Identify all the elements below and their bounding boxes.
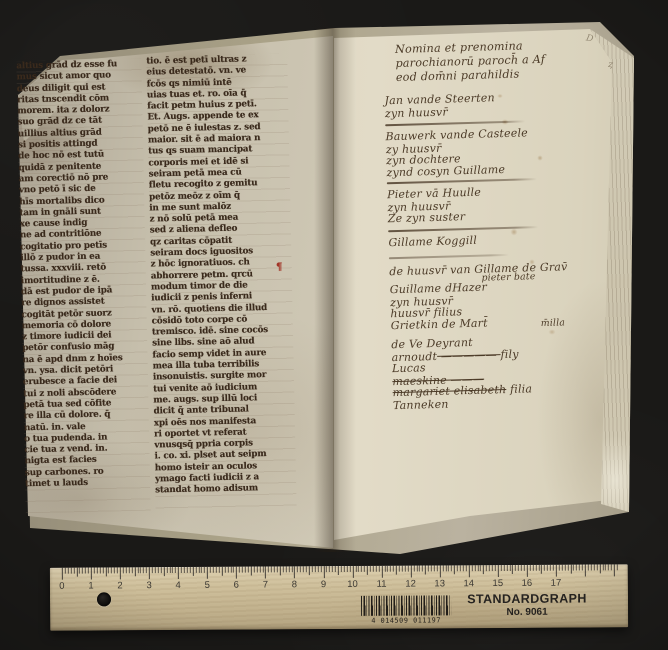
ruler-tick <box>355 566 356 572</box>
ruler-tick <box>216 567 217 573</box>
ruler-tick <box>521 565 522 571</box>
ruler-tick <box>120 567 121 579</box>
ruler-tick <box>184 567 185 573</box>
ruler-tick <box>271 566 272 572</box>
ruler-tick <box>300 566 301 572</box>
ruler-tick <box>294 566 295 578</box>
ruler-tick <box>413 566 414 572</box>
ruler-number: 7 <box>263 579 268 590</box>
ruler-tick <box>291 566 292 572</box>
ruler-tick <box>533 565 534 571</box>
ruler-tick <box>588 564 589 570</box>
ruler-number: 3 <box>146 580 151 591</box>
ruler-tick <box>164 567 165 576</box>
ruler-tick <box>347 566 348 572</box>
ruler-tick <box>306 566 307 572</box>
right-page-writing: Nomina et prenominaparochianorū paroch̄ … <box>383 37 625 412</box>
ruler-tick <box>501 565 502 571</box>
ruler-tick <box>527 565 528 577</box>
ruler-tick <box>492 565 493 571</box>
ruler-tick <box>114 567 115 573</box>
ruler-tick <box>524 565 525 571</box>
ruler-tick <box>419 566 420 572</box>
ruler-brand-block: STANDARDGRAPH No. 9061 <box>442 591 612 618</box>
ruler-tick <box>550 565 551 571</box>
ruler-tick <box>611 564 612 570</box>
ruler-tick <box>506 565 507 571</box>
ruler-tick <box>242 567 243 573</box>
ruler-number: 17 <box>551 578 562 589</box>
ruler-tick <box>352 566 353 578</box>
ruler-scale: 01234567891011121314151617 <box>50 564 628 568</box>
ruler-tick <box>207 567 208 579</box>
ruler-tick <box>379 566 380 572</box>
ruler-tick <box>576 565 577 571</box>
ruler-tick <box>411 566 412 578</box>
ruler-tick <box>602 564 603 570</box>
ruler: 01234567891011121314151617 4 014509 0111… <box>50 564 628 631</box>
ruler-tick <box>256 566 257 572</box>
red-paraph-mark: ¶ <box>276 262 282 273</box>
ruler-tick <box>466 565 467 571</box>
ruler-tick <box>495 565 496 571</box>
ruler-tick <box>367 566 368 575</box>
ruler-tick <box>123 567 124 573</box>
ruler-tick <box>129 567 130 573</box>
ruler-tick <box>408 566 409 572</box>
name-text: zynd cosyn Guillame <box>386 163 505 179</box>
ruler-tick <box>486 565 487 571</box>
ruler-tick <box>585 564 586 576</box>
ruler-number: 13 <box>434 578 445 589</box>
ruler-tick <box>460 565 461 571</box>
ruler-tick <box>248 567 249 573</box>
ruler-tick <box>454 565 455 574</box>
ruler-tick <box>396 566 397 575</box>
ruler-tick <box>134 567 135 576</box>
ruler-tick <box>172 567 173 573</box>
ruler-tick <box>143 567 144 573</box>
ruler-tick <box>504 565 505 571</box>
ruler-tick <box>573 565 574 571</box>
ink-rule <box>385 120 525 126</box>
ruler-tick <box>259 566 260 572</box>
ruler-tick <box>431 565 432 571</box>
ruler-tick <box>195 567 196 573</box>
ruler-tick <box>617 564 618 570</box>
ruler-number: 16 <box>522 578 533 589</box>
ruler-tick <box>245 567 246 573</box>
ruler-tick <box>582 565 583 571</box>
ruler-number: 6 <box>234 580 239 591</box>
ruler-tick <box>175 567 176 573</box>
ruler-tick <box>94 567 95 573</box>
ruler-tick <box>283 566 284 572</box>
ruler-tick <box>140 567 141 573</box>
manuscript-photo: altius grād dz esse fumus sicut amor quo… <box>0 0 668 650</box>
name-text: zyn huusvr̄ <box>385 106 448 121</box>
name-text: m̄illa <box>541 317 566 329</box>
ruler-tick <box>309 566 310 575</box>
ruler-tick <box>152 567 153 573</box>
ruler-tick <box>213 567 214 573</box>
right-page-heading: Nomina et prenominaparochianorū paroch̄ … <box>395 37 616 85</box>
name-text: pieter bate <box>481 271 535 284</box>
ruler-tick <box>387 566 388 572</box>
ink-rule <box>388 226 538 232</box>
name-entry-line: Gillame Koggill <box>388 230 620 249</box>
ruler-tick <box>597 564 598 570</box>
ruler-tick <box>515 565 516 571</box>
ruler-tick <box>111 567 112 573</box>
ruler-tick <box>225 567 226 573</box>
ruler-tick <box>335 566 336 572</box>
name-text: Gillame Koggill <box>388 234 477 249</box>
ruler-tick <box>535 565 536 571</box>
ruler-tick <box>97 567 98 573</box>
ruler-tick <box>469 565 470 577</box>
ruler-tick <box>393 566 394 572</box>
ruler-tick <box>65 568 66 574</box>
struck-name: elisabeth <box>450 383 507 398</box>
ruler-tick <box>437 565 438 571</box>
ruler-tick <box>265 566 266 578</box>
ruler-tick <box>422 565 423 571</box>
ruler-number: 14 <box>463 578 474 589</box>
ruler-tick <box>254 567 255 573</box>
ruler-tick <box>277 566 278 572</box>
ruler-tick <box>303 566 304 572</box>
ruler-tick <box>137 567 138 573</box>
name-text: Pieter vā Huulle <box>387 186 481 202</box>
ruler-tick <box>297 566 298 572</box>
ruler-tick <box>85 568 86 574</box>
ruler-number: 4 <box>175 580 180 591</box>
gutter-shadow <box>314 28 356 552</box>
ruler-tick <box>344 566 345 572</box>
name-entry-line: m̄illa <box>541 316 623 328</box>
ruler-tick <box>239 567 240 573</box>
ruler-tick <box>518 565 519 571</box>
ruler-tick <box>591 564 592 570</box>
name-text: Lucas <box>392 361 426 375</box>
ruler-tick <box>384 566 385 572</box>
name-text: Grietkin de Mart̄ <box>391 316 488 332</box>
ruler-tick <box>79 568 80 574</box>
ruler-tick <box>498 565 499 577</box>
ruler-tick <box>68 568 69 574</box>
ruler-tick <box>100 567 101 573</box>
ruler-tick <box>198 567 199 573</box>
ruler-tick <box>341 566 342 572</box>
ruler-tick <box>204 567 205 573</box>
ruler-tick <box>556 565 557 577</box>
ruler-tick <box>544 565 545 571</box>
ruler-tick <box>448 565 449 571</box>
ruler-tick <box>512 565 513 574</box>
ruler-tick <box>509 565 510 571</box>
ruler-tick <box>222 567 223 576</box>
ruler-tick <box>349 566 350 572</box>
ruler-tick <box>230 567 231 573</box>
ruler-model-label: No. 9061 <box>442 606 612 618</box>
barcode-bars <box>361 595 451 616</box>
left-page-column-1: altius grād dz esse fumus sicut amor quo… <box>16 59 150 514</box>
ruler-tick <box>608 564 609 570</box>
ruler-tick <box>562 565 563 571</box>
ruler-tick <box>332 566 333 572</box>
left-page-column-2: tio. ē est petī ultras zeius detestatō. … <box>146 54 297 519</box>
ruler-tick <box>483 565 484 574</box>
ruler-tick <box>178 567 179 579</box>
ink-rule <box>387 178 537 184</box>
ruler-tick <box>559 565 560 571</box>
ruler-number: 15 <box>492 578 503 589</box>
ruler-tick <box>117 567 118 573</box>
ruler-tick <box>416 566 417 572</box>
ruler-tick <box>614 564 615 576</box>
ruler-tick <box>326 566 327 572</box>
ruler-tick <box>480 565 481 571</box>
ruler-tick <box>440 565 441 577</box>
ruler-tick <box>567 565 568 571</box>
parishioner-name-list: Jan vande Steertenzyn huusvr̄Bauwerk van… <box>384 88 625 412</box>
ruler-tick <box>126 567 127 573</box>
ruler-tick <box>268 566 269 572</box>
ruler-tick <box>236 567 237 579</box>
ruler-number: 11 <box>377 579 387 590</box>
ruler-tick <box>161 567 162 573</box>
ruler-tick <box>280 566 281 575</box>
ruler-tick <box>434 565 435 571</box>
ruler-tick <box>530 565 531 571</box>
ruler-number: 8 <box>292 579 297 590</box>
ruler-tick <box>187 567 188 573</box>
ruler-tick <box>71 568 72 574</box>
ruler-number: 12 <box>405 579 416 590</box>
ruler-tick <box>262 566 263 572</box>
ruler-tick <box>227 567 228 573</box>
ruler-tick <box>463 565 464 571</box>
ruler-tick <box>541 565 542 574</box>
name-text: Tanneken <box>393 397 449 412</box>
ruler-tick <box>318 566 319 572</box>
name-text: fily <box>500 347 518 361</box>
ruler-tick <box>579 565 580 571</box>
ruler-tick <box>233 567 234 573</box>
ruler-tick <box>358 566 359 572</box>
ruler-tick <box>251 567 252 576</box>
ruler-tick <box>370 566 371 572</box>
ruler-tick <box>553 565 554 571</box>
ruler-tick <box>605 564 606 570</box>
ruler-tick <box>73 568 74 574</box>
ruler-tick <box>219 567 220 573</box>
ruler-tick <box>565 565 566 571</box>
ruler-tick <box>373 566 374 572</box>
ruler-tick <box>88 568 89 574</box>
ruler-tick <box>361 566 362 572</box>
ruler-tick <box>149 567 150 579</box>
ruler-tick <box>155 567 156 573</box>
ruler-tick <box>538 565 539 571</box>
ruler-tick <box>381 566 382 578</box>
ruler-tick <box>169 567 170 573</box>
ruler-tick <box>274 566 275 572</box>
ruler-tick <box>329 566 330 572</box>
ruler-tick <box>312 566 313 572</box>
ruler-tick <box>425 565 426 574</box>
ruler-tick <box>166 567 167 573</box>
ruler-tick <box>105 567 106 576</box>
ruler-tick <box>62 568 63 580</box>
ruler-tick <box>489 565 490 571</box>
barcode-digits: 4 014509 011197 <box>371 616 441 624</box>
ruler-tick <box>474 565 475 571</box>
ruler-tick <box>193 567 194 576</box>
ruler-tick <box>594 564 595 570</box>
ruler-tick <box>428 565 429 571</box>
ruler-tick <box>320 566 321 572</box>
ruler-number: 10 <box>347 579 358 590</box>
ruler-tick <box>472 565 473 571</box>
ruler-tick <box>286 566 287 572</box>
ruler-number: 9 <box>321 579 326 590</box>
ruler-tick <box>181 567 182 573</box>
ruler-tick <box>477 565 478 571</box>
ruler-tick <box>451 565 452 571</box>
name-text: filia <box>506 382 532 396</box>
manuscript-text-line: timet u lauds <box>25 477 150 491</box>
name-text: Ze zyn suster <box>388 210 466 225</box>
ruler-tick <box>190 567 191 573</box>
ruler-tick <box>158 567 159 573</box>
ruler-tick <box>442 565 443 571</box>
ruler-tick <box>599 564 600 573</box>
ruler-tick <box>132 567 133 573</box>
ruler-brand-label: STANDARDGRAPH <box>442 591 612 606</box>
ruler-tick <box>364 566 365 572</box>
ruler-tick <box>457 565 458 571</box>
ruler-tick <box>399 566 400 572</box>
ruler-tick <box>338 566 339 575</box>
ruler-tick <box>376 566 377 572</box>
ruler-hole <box>97 592 111 606</box>
ruler-number: 1 <box>88 580 93 591</box>
ruler-tick <box>76 568 77 577</box>
ruler-tick <box>405 566 406 572</box>
ruler-tick <box>402 566 403 572</box>
ruler-tick <box>102 567 103 573</box>
struck-name: ————— <box>437 348 501 363</box>
ruler-tick <box>323 566 324 578</box>
ruler-tick <box>547 565 548 571</box>
ruler-number: 0 <box>59 581 64 592</box>
ruler-tick <box>570 565 571 574</box>
manuscript-text-line: standat homo adisum <box>155 483 296 497</box>
ruler-tick <box>146 567 147 573</box>
ruler-tick <box>91 568 92 580</box>
ruler-number: 5 <box>205 580 210 591</box>
ruler-tick <box>390 566 391 572</box>
ruler-tick <box>445 565 446 571</box>
ink-rule <box>389 254 509 259</box>
ruler-number: 2 <box>117 580 122 591</box>
ruler-tick <box>82 568 83 574</box>
ruler-tick <box>288 566 289 572</box>
ruler-tick <box>210 567 211 573</box>
ruler-tick <box>315 566 316 572</box>
ruler-tick <box>201 567 202 573</box>
ruler-tick <box>108 567 109 573</box>
